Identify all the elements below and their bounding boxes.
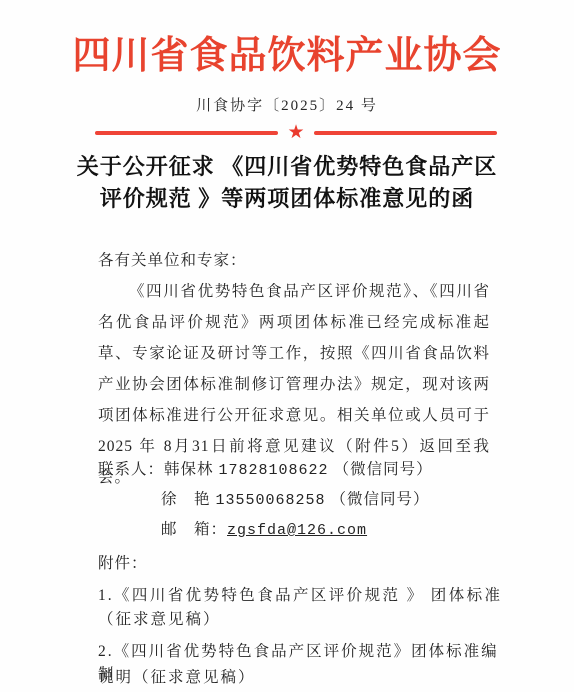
document-title-line-2: 评价规范 》等两项团体标准意见的函: [100, 186, 475, 211]
contact-1-note: （微信同号）: [334, 461, 433, 478]
divider-line-left: [95, 131, 278, 135]
contact-line-1: 联系人：韩保林17828108622（微信同号）: [98, 455, 518, 485]
contact-2-name: 徐 艳: [161, 491, 211, 508]
attachments-label: 附件：: [98, 552, 498, 576]
contact-line-email: 邮 箱：zgsfda@126.com: [98, 515, 518, 545]
contact-label: 联系人：: [98, 461, 164, 478]
attachment-item-2-continued: 说明（征求意见稿）: [98, 666, 508, 689]
contact-2-note: （微信同号）: [331, 491, 430, 508]
scanned-letter-page: 四川省食品饮料产业协会 川食协字〔2025〕24 号 ★ 关于公开征求 《四川省…: [0, 0, 574, 692]
contact-2-phone: 13550068258: [216, 492, 326, 509]
contact-block: 联系人：韩保林17828108622（微信同号） 徐 艳13550068258（…: [98, 455, 518, 545]
email-label: 邮 箱：: [161, 521, 227, 538]
divider-line-right: [314, 131, 497, 135]
contact-1-phone: 17828108622: [219, 462, 329, 479]
document-reference-number: 川食协字〔2025〕24 号: [0, 96, 574, 116]
salutation: 各有关单位和专家：: [98, 245, 498, 276]
attachment-item-1: 1.《四川省优势特色食品产区评价规范 》 团体标准（征求意见稿）: [98, 584, 502, 631]
contact-line-2: 徐 艳13550068258（微信同号）: [98, 485, 518, 515]
document-title-line-1: 关于公开征求 《四川省优势特色食品产区: [77, 154, 498, 179]
red-header-divider: ★: [95, 123, 497, 143]
star-icon: ★: [287, 123, 304, 142]
contact-1-name: 韩保林: [164, 461, 214, 478]
organization-title: 四川省食品饮料产业协会: [0, 32, 574, 80]
email-address: zgsfda@126.com: [227, 522, 367, 539]
document-title: 关于公开征求 《四川省优势特色食品产区 评价规范 》等两项团体标准意见的函: [67, 151, 507, 215]
